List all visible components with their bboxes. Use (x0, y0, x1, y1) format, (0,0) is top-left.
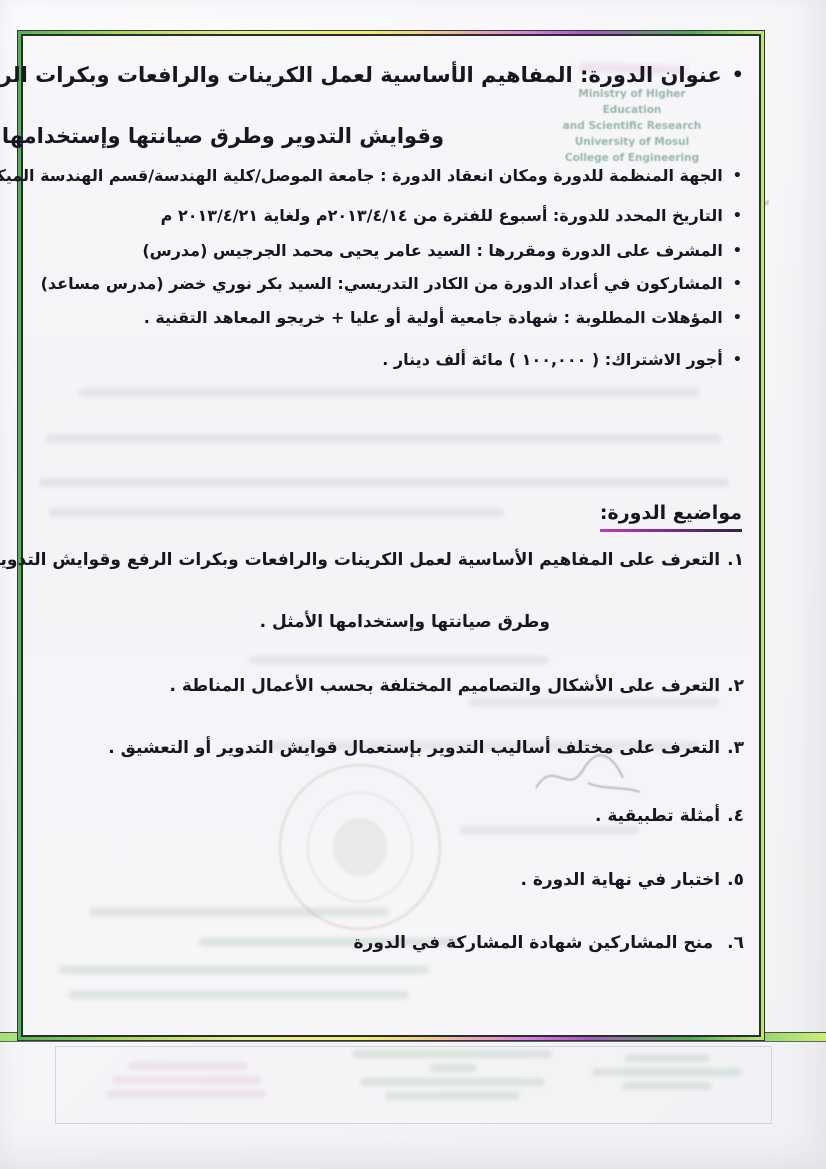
topic-text: التعرف على الأشكال والتصاميم المختلفة بح… (170, 676, 721, 696)
seal-inner-ring (307, 792, 413, 902)
participants-text: المشاركون في أعداد الدورة من الكادر التد… (41, 274, 723, 293)
bleed-text-line (69, 991, 409, 999)
bullet-icon: • (733, 352, 742, 368)
document-frame: Ministry of Higher Education and Scienti… (17, 30, 765, 1041)
qualifications-text: المؤهلات المطلوبة : شهادة جامعية أولية أ… (144, 308, 723, 327)
footer-bleed-line (360, 1078, 545, 1086)
topic-text: اختبار في نهاية الدورة . (520, 870, 720, 890)
topic-item-6: ٦.منح المشاركين شهادة المشاركة في الدورة (354, 933, 744, 953)
bullet-icon: • (732, 64, 744, 86)
topic-number: ٣. (727, 738, 744, 758)
footer-bleed-line (625, 1054, 710, 1062)
fee-line: •أجور الاشتراك: ( ١٠٠,٠٠٠ ) مائة ألف دين… (382, 350, 742, 369)
topic-text: وطرق صيانتها وإستخدامها الأمثل . (260, 612, 550, 632)
footer-bleed-line (592, 1068, 742, 1076)
bullet-icon: • (733, 208, 742, 224)
organizer-line: •الجهة المنظمة للدورة ومكان انعقاد الدور… (0, 166, 742, 185)
topic-number: ٤. (727, 806, 744, 826)
bleed-text-line (249, 656, 549, 664)
topic-number: ٦. (727, 933, 744, 953)
bleed-text-line (46, 434, 721, 443)
topic-text: منح المشاركين شهادة المشاركة في الدورة (354, 933, 714, 953)
seal-emblem (333, 818, 387, 876)
bleed-text-line (49, 508, 504, 517)
bleed-text-line (469, 698, 719, 706)
topic-text: التعرف على المفاهيم الأساسية لعمل الكرين… (0, 550, 720, 570)
topic-number: ٥. (727, 870, 744, 890)
supervisor-line: •المشرف على الدورة ومقررها : السيد عامر … (142, 241, 742, 260)
bullet-icon: • (733, 168, 742, 184)
bleed-text-line (79, 388, 699, 397)
bleed-text-line (59, 966, 429, 974)
ministry-watermark-line: Ministry of Higher Education (557, 86, 707, 118)
footer-bleed-line (385, 1092, 520, 1100)
footer-bleed-line (106, 1090, 266, 1098)
footer-bleed-box (55, 1046, 772, 1124)
footer-bleed-line (622, 1082, 712, 1090)
participants-line: •المشاركون في أعداد الدورة من الكادر الت… (41, 274, 742, 293)
topic-item-3: ٣.التعرف على مختلف أساليب التدوير بإستعم… (108, 738, 744, 758)
seal-watermark (279, 764, 441, 930)
course-title-line1: •عنوان الدورة: المفاهيم الأساسية لعمل ال… (0, 63, 744, 87)
qualifications-line: •المؤهلات المطلوبة : شهادة جامعية أولية … (144, 308, 742, 327)
course-title-text1: عنوان الدورة: المفاهيم الأساسية لعمل الك… (0, 63, 722, 87)
supervisor-text: المشرف على الدورة ومقررها : السيد عامر ي… (142, 241, 722, 260)
bleed-text-line (39, 478, 729, 487)
topic-number: ١. (727, 550, 744, 570)
footer-bleed-line (430, 1064, 476, 1072)
footer-bleed-line (352, 1050, 552, 1058)
bullet-icon: • (733, 276, 742, 292)
date-text: التاريخ المحدد للدورة: أسبوع للفترة من ٢… (161, 206, 723, 225)
course-title-text2: وقوايش التدوير وطرق صيانتها وإستخدامها ا… (0, 124, 444, 148)
topic-item-5: ٥.اختبار في نهاية الدورة . (520, 870, 744, 890)
document-frame-inner: Ministry of Higher Education and Scienti… (21, 34, 761, 1037)
course-title-line2: وقوايش التدوير وطرق صيانتها وإستخدامها ا… (0, 124, 444, 148)
topic-number: ٢. (727, 676, 744, 696)
topic-item-1-continued: وطرق صيانتها وإستخدامها الأمثل . (260, 612, 550, 632)
topic-text: أمثلة تطبيقية . (595, 806, 720, 826)
bleed-text-line (459, 826, 639, 834)
ministry-watermark-line: College of Engineering (557, 150, 707, 166)
bullet-icon: • (733, 310, 742, 326)
footer-bleed-line (128, 1062, 248, 1070)
topics-heading: مواضيع الدورة: (600, 502, 742, 532)
topic-item-2: ٢.التعرف على الأشكال والتصاميم المختلفة … (170, 676, 744, 696)
scanned-document-page: { "document": { "language": "arabic", "t… (0, 0, 826, 1169)
topic-item-1: ١.التعرف على المفاهيم الأساسية لعمل الكر… (0, 550, 744, 570)
bullet-icon: • (733, 243, 742, 259)
bleed-text-line (89, 908, 389, 916)
topic-text: التعرف على مختلف أساليب التدوير بإستعمال… (108, 738, 720, 758)
organizer-text: الجهة المنظمة للدورة ومكان انعقاد الدورة… (0, 166, 723, 185)
topic-item-4: ٤.أمثلة تطبيقية . (595, 806, 744, 826)
date-line: •التاريخ المحدد للدورة: أسبوع للفترة من … (161, 206, 742, 225)
footer-bleed-line (112, 1076, 262, 1084)
ministry-watermark-line: and Scientific Research (557, 118, 707, 134)
fee-text: أجور الاشتراك: ( ١٠٠,٠٠٠ ) مائة ألف دينا… (382, 350, 723, 369)
ministry-watermark: Ministry of Higher Education and Scienti… (557, 86, 707, 166)
ministry-watermark-line: University of Mosul (557, 134, 707, 150)
